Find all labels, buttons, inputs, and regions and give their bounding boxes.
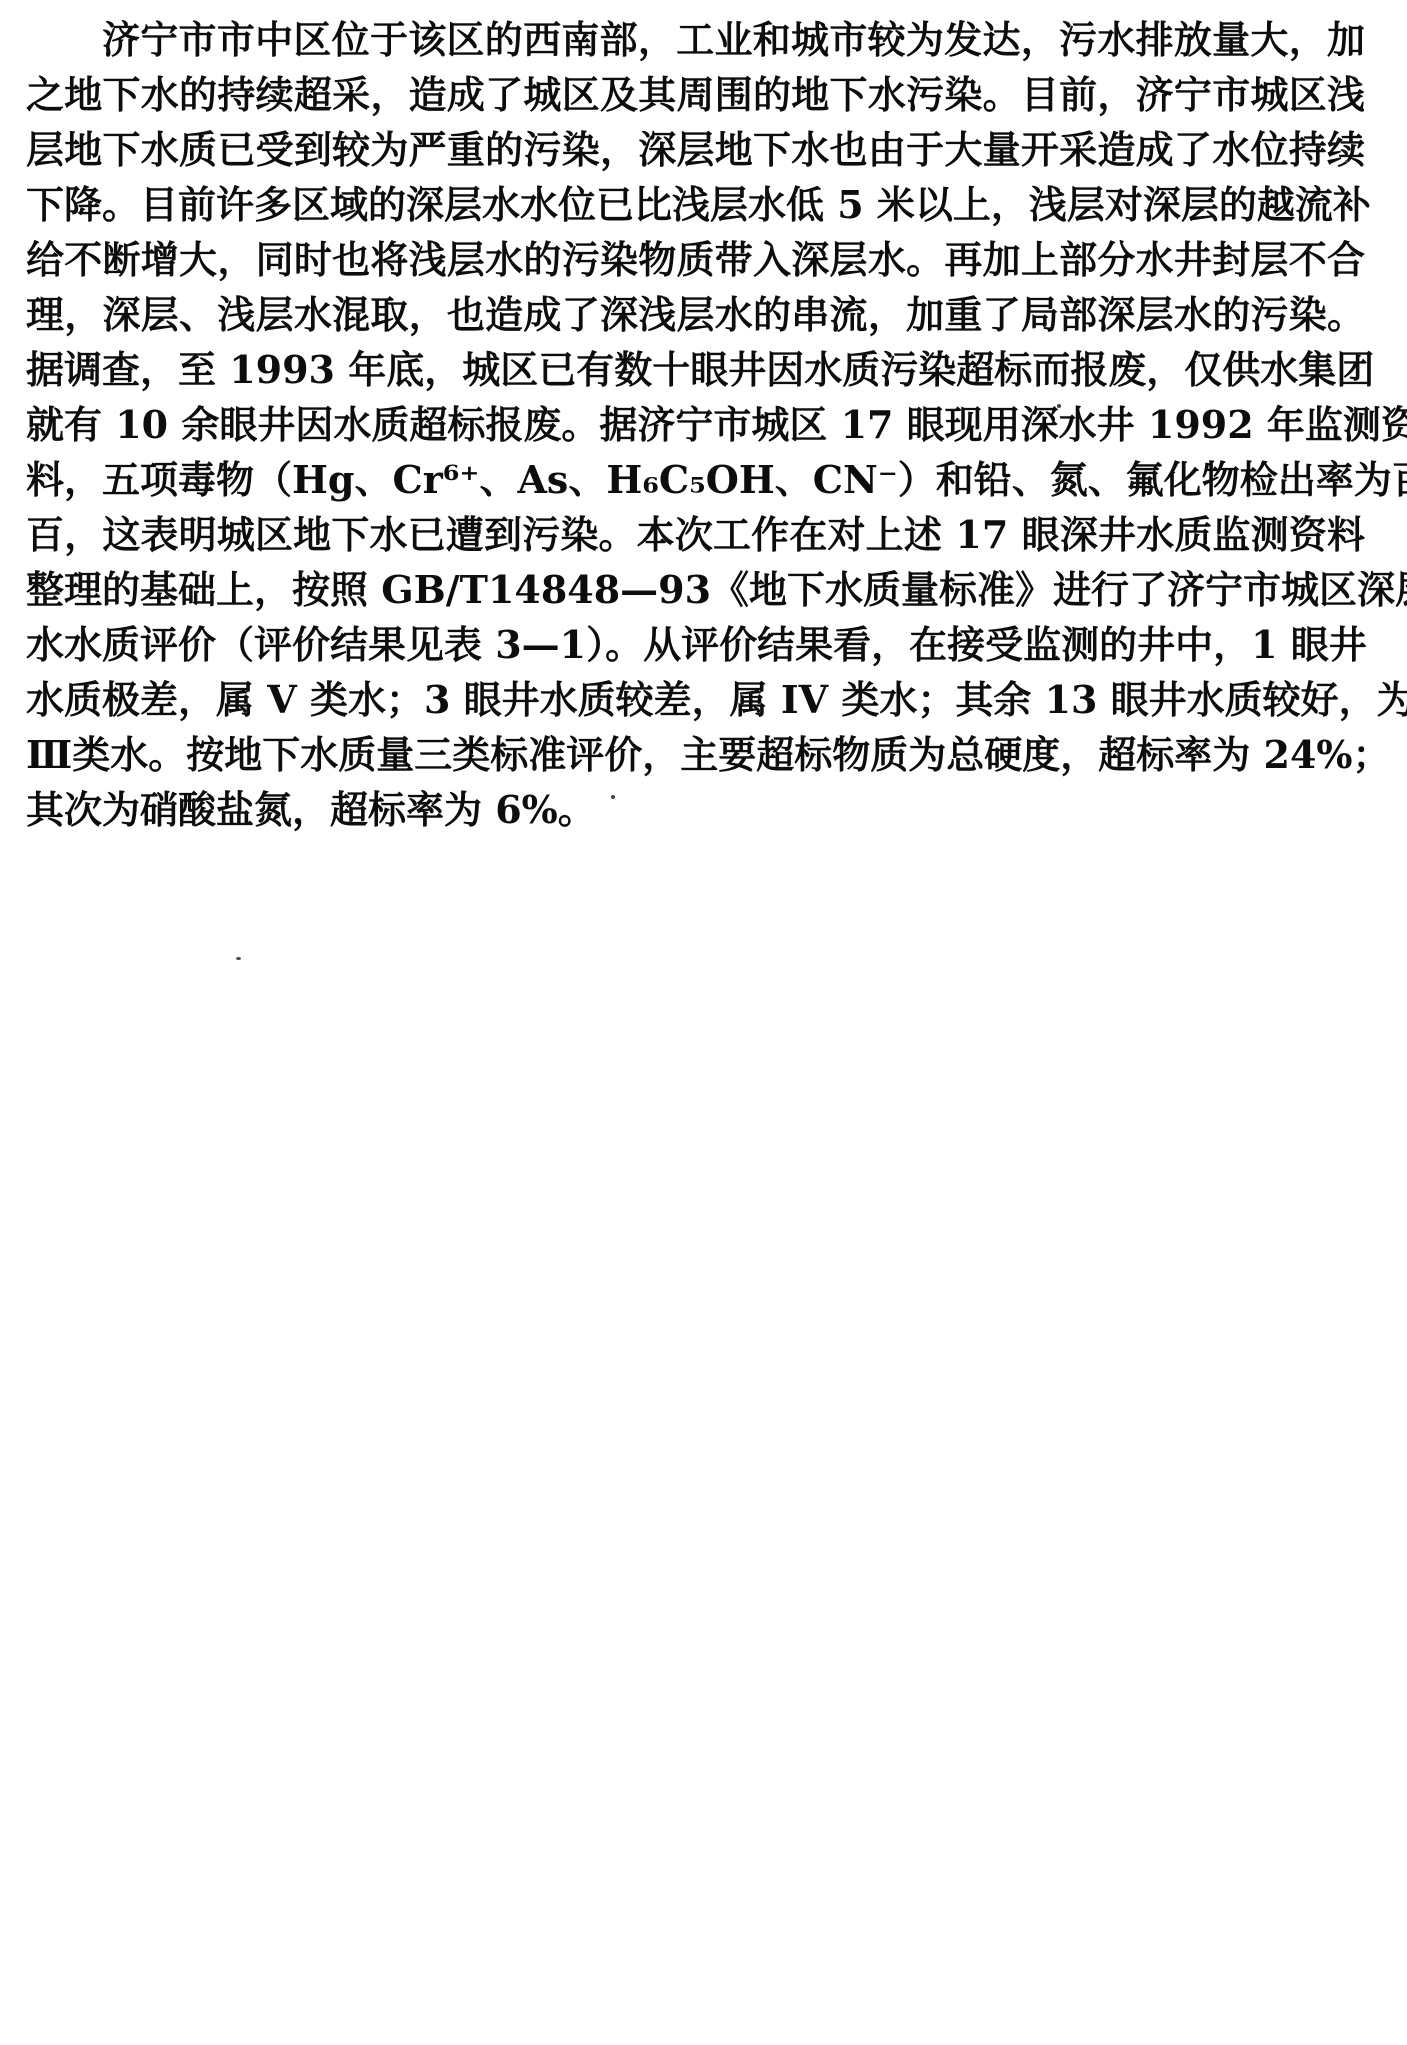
text-line: 百，这表明城区地下水已遭到污染。本次工作在对上述 17 眼深井水质监测资料 [26,507,1365,562]
scan-speckle [1057,404,1061,408]
text-line: 整理的基础上，按照 GB/T14848—93《地下水质量标准》进行了济宁市城区深… [26,562,1365,617]
text-line: 层地下水质已受到较为严重的污染，深层地下水也由于大量开采造成了水位持续 [26,122,1365,177]
document-page: 济宁市市中区位于该区的西南部，工业和城市较为发达，污水排放量大，加 之地下水的持… [0,0,1407,2045]
scan-speckle [236,957,241,960]
paragraph-block: 济宁市市中区位于该区的西南部，工业和城市较为发达，污水排放量大，加 之地下水的持… [26,12,1365,837]
text-line: 济宁市市中区位于该区的西南部，工业和城市较为发达，污水排放量大，加 [26,12,1365,67]
scan-speckle [1128,146,1132,150]
text-line: 给不断增大，同时也将浅层水的污染物质带入深层水。再加上部分水井封层不合 [26,232,1365,287]
scan-speckle [1345,160,1348,163]
scan-speckle [611,795,615,799]
text-line: 据调查，至 1993 年底，城区已有数十眼井因水质污染超标而报废，仅供水集团 [26,342,1365,397]
text-line: 水质极差，属 V 类水；3 眼井水质较差，属 IV 类水；其余 13 眼井水质较… [26,672,1365,727]
text-line: 下降。目前许多区域的深层水水位已比浅层水低 5 米以上，浅层对深层的越流补 [26,177,1365,232]
text-line: 就有 10 余眼井因水质超标报废。据济宁市城区 17 眼现用深水井 1992 年… [26,397,1365,452]
text-line: Ⅲ类水。按地下水质量三类标准评价，主要超标物质为总硬度，超标率为 24%； [26,727,1365,782]
text-line: 水水质评价（评价结果见表 3—1）。从评价结果看，在接受监测的井中，1 眼井 [26,617,1365,672]
text-line: 料，五项毒物（Hg、Cr⁶⁺、As、H₆C₅OH、CN⁻）和铅、氮、氟化物检出率… [26,452,1365,507]
text-line: 之地下水的持续超采，造成了城区及其周围的地下水污染。目前，济宁市城区浅 [26,67,1365,122]
text-line: 理，深层、浅层水混取，也造成了深浅层水的串流，加重了局部深层水的污染。 [26,287,1365,342]
text-line: 其次为硝酸盐氮，超标率为 6%。 [26,782,1365,837]
